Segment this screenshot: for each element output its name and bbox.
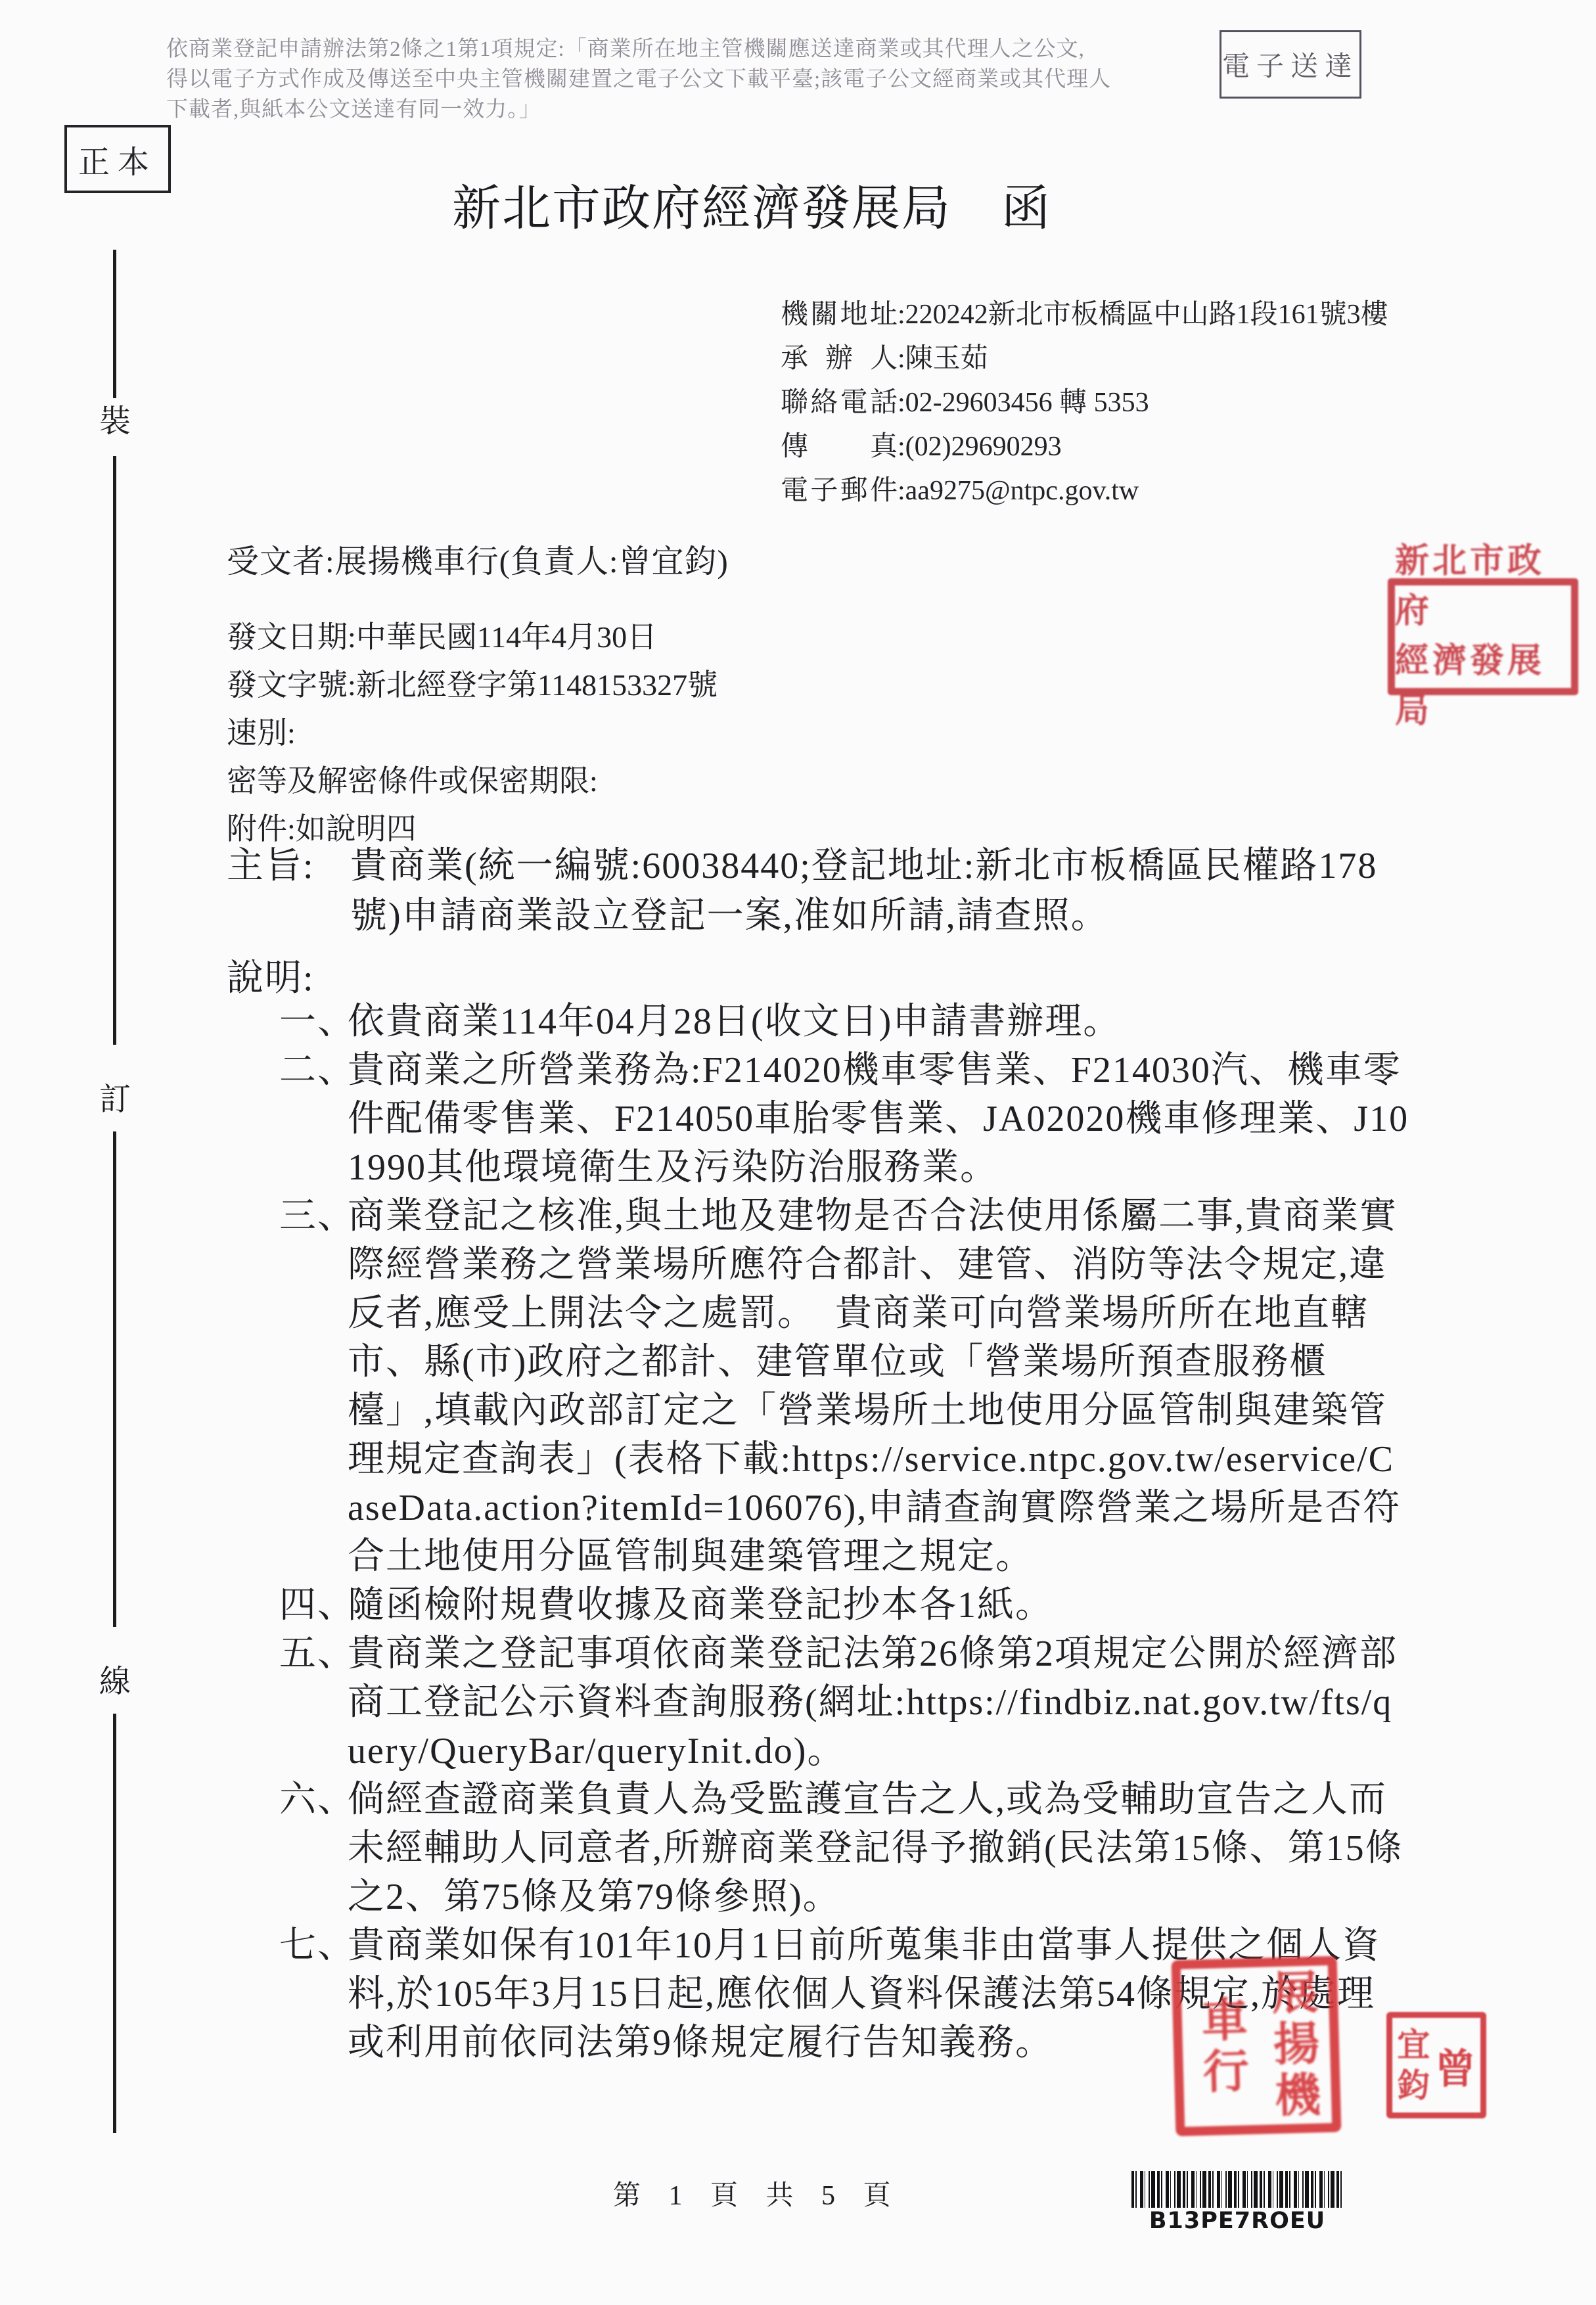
agency-address-label: 機關地址 <box>781 293 898 337</box>
electronic-delivery-label: 電子送達 <box>1222 45 1359 84</box>
name-seal-char: 宜 <box>1397 2024 1430 2065</box>
description-item-5: 五、 貴商業之登記事項依商業登記法第26條第2項規定公開於經濟部商工登記公示資料… <box>227 1630 1409 1775</box>
regulation-note-line: 下載者,與紙本公文送達有同一效力。」 <box>166 95 1257 125</box>
binding-line-segment <box>113 1714 116 2133</box>
name-seal-stamp: 曾 宜 鈞 <box>1386 2012 1486 2118</box>
priority-line: 速別: <box>227 709 718 757</box>
agency-seal-row: 經濟發展局 <box>1395 637 1571 737</box>
original-copy-badge: 正本 <box>64 125 171 193</box>
item-text: 依貴商業114年04月28日(收文日)申請書辦理。 <box>348 997 1409 1046</box>
subject-block: 主旨:貴商業(統一編號:60038440;登記地址:新北市板橋區民權路178號)… <box>227 841 1396 941</box>
item-text: 商業登記之核准,與土地及建物是否合法使用係屬二事,貴商業實際經營業務之營業場所應… <box>348 1192 1409 1581</box>
classification-line: 密等及解密條件或保密期限: <box>227 757 718 805</box>
business-seal-stamp: 展揚機 車行 <box>1172 1956 1342 2137</box>
business-seal-column: 車行 <box>1186 1995 1255 2099</box>
agency-address-value: :220242新北市板橋區中山路1段161號3樓 <box>898 300 1388 330</box>
meta-block: 發文日期:中華民國114年4月30日 發文字號:新北經登字第1148153327… <box>227 613 718 853</box>
issue-number-line: 發文字號:新北經登字第1148153327號 <box>227 661 718 709</box>
item-number: 二、 <box>279 1046 348 1192</box>
agency-fax-label: 傳真 <box>781 425 898 469</box>
binding-line-segment <box>113 1131 116 1627</box>
description-label: 說明: <box>227 949 315 1001</box>
agency-contact-block: 機關地址:220242新北市板橋區中山路1段161號3樓 承辦人:陳玉茹 聯絡電… <box>781 293 1388 513</box>
recipient-line: 受文者:展揚機車行(負責人:曾宜鈞) <box>227 536 729 582</box>
agency-email-value: :aa9275@ntpc.gov.tw <box>898 476 1139 506</box>
name-seal-column: 宜 鈞 <box>1397 2024 1430 2106</box>
item-number: 六、 <box>279 1775 348 1921</box>
binding-mark-xian: 線 <box>96 1656 134 1701</box>
binding-mark-ding: 訂 <box>96 1074 134 1119</box>
item-number: 四、 <box>279 1581 348 1630</box>
item-number: 一、 <box>279 997 348 1046</box>
regulation-note: 依商業登記申請辦法第2條之1第1項規定:「商業所在地主管機關應送達商業或其代理人… <box>166 34 1257 125</box>
barcode <box>1131 2171 1343 2208</box>
subject-label: 主旨: <box>227 841 350 891</box>
agency-email-label: 電子郵件 <box>781 469 898 513</box>
agency-officer-row: 承辦人:陳玉茹 <box>781 337 1388 381</box>
binding-line-segment <box>113 250 116 398</box>
issue-date-line: 發文日期:中華民國114年4月30日 <box>227 613 718 661</box>
electronic-delivery-stamp: 電子送達 <box>1220 30 1361 99</box>
item-text: 倘經查證商業負責人為受監護宣告之人,或為受輔助宣告之人而未經輔助人同意者,所辦商… <box>348 1775 1409 1921</box>
binding-line-segment <box>113 456 116 1045</box>
original-copy-label: 正本 <box>78 137 157 182</box>
description-item-1: 一、 依貴商業114年04月28日(收文日)申請書辦理。 <box>227 997 1409 1046</box>
agency-email-row: 電子郵件:aa9275@ntpc.gov.tw <box>781 469 1388 513</box>
item-text: 貴商業之登記事項依商業登記法第26條第2項規定公開於經濟部商工登記公示資料查詢服… <box>348 1630 1409 1775</box>
agency-fax-row: 傳真:(02)29690293 <box>781 425 1388 469</box>
description-item-3: 三、 商業登記之核准,與土地及建物是否合法使用係屬二事,貴商業實際經營業務之營業… <box>227 1192 1409 1581</box>
agency-seal-stamp: 新北市政府 經濟發展局 <box>1388 578 1578 695</box>
agency-phone-row: 聯絡電話:02-29603456 轉 5353 <box>781 381 1388 425</box>
description-list: 一、 依貴商業114年04月28日(收文日)申請書辦理。 二、 貴商業之所營業務… <box>227 997 1409 2067</box>
item-number: 五、 <box>279 1630 348 1775</box>
item-text: 貴商業之所營業務為:F214020機車零售業、F214030汽、機車零件配備零售… <box>348 1046 1409 1192</box>
barcode-text: B13PE7ROEU <box>1131 2208 1343 2234</box>
description-item-4: 四、 隨函檢附規費收據及商業登記抄本各1紙。 <box>227 1581 1409 1630</box>
agency-officer-label: 承辦人 <box>781 337 898 381</box>
document-title: 新北市政府經濟發展局 函 <box>452 170 1051 239</box>
item-text: 隨函檢附規費收據及商業登記抄本各1紙。 <box>348 1581 1409 1630</box>
regulation-note-line: 得以電子方式作成及傳送至中央主管機關建置之電子公文下載平臺;該電子公文經商業或其… <box>166 64 1257 95</box>
subject-text: 貴商業(統一編號:60038440;登記地址:新北市板橋區民權路178號)申請商… <box>350 846 1377 936</box>
page-number-info: 第 1 頁 共 5 頁 <box>613 2174 901 2213</box>
regulation-note-line: 依商業登記申請辦法第2條之1第1項規定:「商業所在地主管機關應送達商業或其代理人… <box>166 34 1257 64</box>
binding-mark-zhuang: 裝 <box>96 396 134 441</box>
agency-seal-row: 新北市政府 <box>1395 537 1571 637</box>
item-number: 三、 <box>279 1192 348 1581</box>
description-item-2: 二、 貴商業之所營業務為:F214020機車零售業、F214030汽、機車零件配… <box>227 1046 1409 1192</box>
description-item-6: 六、 倘經查證商業負責人為受監護宣告之人,或為受輔助宣告之人而未經輔助人同意者,… <box>227 1775 1409 1921</box>
agency-fax-value: :(02)29690293 <box>898 432 1062 462</box>
agency-phone-value: :02-29603456 轉 5353 <box>898 388 1149 418</box>
agency-address-row: 機關地址:220242新北市板橋區中山路1段161號3樓 <box>781 293 1388 337</box>
name-seal-char: 曾 <box>1435 2036 1476 2095</box>
agency-phone-label: 聯絡電話 <box>781 381 898 425</box>
document-page: 依商業登記申請辦法第2條之1第1項規定:「商業所在地主管機關應送達商業或其代理人… <box>0 0 1596 2305</box>
agency-officer-value: :陳玉茹 <box>898 344 988 374</box>
name-seal-char: 鈞 <box>1397 2065 1430 2106</box>
business-seal-column: 展揚機 <box>1257 1967 1327 2123</box>
item-number: 七、 <box>279 1921 348 2067</box>
